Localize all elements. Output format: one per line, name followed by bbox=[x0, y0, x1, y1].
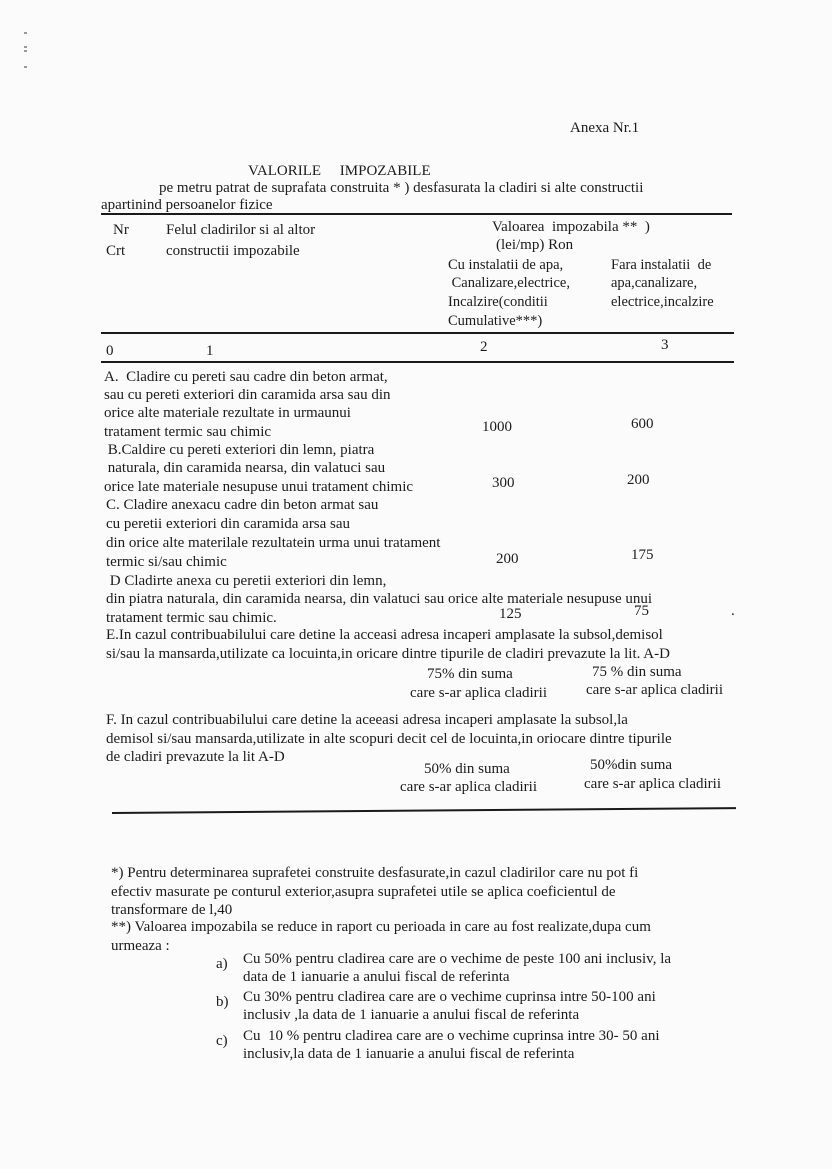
footnote-1-line: efectiv masurate pe conturul exterior,as… bbox=[111, 883, 616, 901]
header-crt: Crt bbox=[106, 242, 125, 260]
row-c-value-with-installations: 200 bbox=[496, 550, 519, 568]
column-number-0: 0 bbox=[106, 342, 114, 360]
row-b-line: B.Caldire cu pereti exteriori din lemn, … bbox=[104, 441, 374, 459]
document-subtitle-line1: pe metru patrat de suprafata construita … bbox=[159, 179, 643, 197]
row-f-value-without-installations: care s-ar aplica cladirii bbox=[584, 775, 721, 793]
row-e-value-without-installations: care s-ar aplica cladirii bbox=[586, 681, 723, 699]
row-d-line: D Cladirte anexa cu peretii exteriori di… bbox=[106, 572, 386, 590]
list-item-line: data de 1 ianuarie a anului fiscal de re… bbox=[243, 968, 510, 986]
document-subtitle-line2: apartinind persoanelor fizice bbox=[101, 196, 273, 214]
header-col2-line4: Cumulative***) bbox=[448, 312, 542, 330]
row-f-value-with-installations: 50% din suma bbox=[424, 760, 510, 778]
list-marker: b) bbox=[216, 993, 229, 1011]
document-title: VALORILE IMPOZABILE bbox=[248, 162, 431, 180]
row-f-line: de cladiri prevazute la lit A-D bbox=[106, 748, 285, 766]
column-numbers-bottom-rule bbox=[101, 361, 734, 363]
row-b-value-with-installations: 300 bbox=[492, 474, 515, 492]
footnote-2-line: urmeaza : bbox=[111, 937, 170, 955]
row-e-value-with-installations: 75% din suma bbox=[427, 665, 513, 683]
header-col3-line1: Fara instalatii de bbox=[611, 256, 711, 274]
header-nr: Nr bbox=[113, 221, 129, 239]
footnote-2-line: **) Valoarea impozabila se reduce in rap… bbox=[111, 918, 651, 936]
footnote-1-line: *) Pentru determinarea suprafetei constr… bbox=[111, 864, 638, 882]
row-d-value-with-installations: 125 bbox=[499, 605, 522, 623]
row-d-line: din piatra naturala, din caramida nearsa… bbox=[106, 590, 652, 608]
row-f-line: F. In cazul contribuabilului care detine… bbox=[106, 711, 628, 729]
list-item-line: Cu 10 % pentru cladirea care are o vechi… bbox=[243, 1027, 660, 1045]
column-number-3: 3 bbox=[661, 336, 669, 354]
row-a-line: A. Cladire cu pereti sau cadre din beton… bbox=[104, 368, 388, 386]
row-b-line: naturala, din caramida nearsa, din valat… bbox=[104, 459, 385, 477]
table-top-rule bbox=[101, 213, 732, 215]
row-a-line: sau cu pereti exteriori din caramida ars… bbox=[104, 386, 391, 404]
column-number-2: 2 bbox=[480, 338, 488, 356]
column-number-1: 1 bbox=[206, 342, 214, 360]
scan-artifacts bbox=[24, 28, 30, 88]
row-b-value-without-installations: 200 bbox=[627, 471, 650, 489]
header-col2-line3: Incalzire(conditii bbox=[448, 293, 548, 311]
header-value-line1: Valoarea impozabila ** ) bbox=[492, 218, 650, 236]
header-type-line2: constructii impozabile bbox=[166, 242, 300, 260]
header-col2-line2: Canalizare,electrice, bbox=[448, 274, 570, 292]
list-item-line: inclusiv ,la data de 1 ianuarie a anului… bbox=[243, 1006, 579, 1024]
header-type-line1: Felul cladirilor si al altor bbox=[166, 221, 315, 239]
list-marker: c) bbox=[216, 1032, 228, 1050]
stray-dot: . bbox=[731, 602, 735, 620]
header-col3-line3: electrice,incalzire bbox=[611, 293, 714, 311]
row-e-value-without-installations: 75 % din suma bbox=[592, 663, 682, 681]
list-item-line: Cu 30% pentru cladirea care are o vechim… bbox=[243, 988, 656, 1006]
annex-label: Anexa Nr.1 bbox=[570, 119, 639, 137]
row-c-line: termic si/sau chimic bbox=[106, 553, 227, 571]
table-bottom-rule bbox=[112, 807, 736, 813]
list-item-line: inclusiv,la data de 1 ianuarie a anului … bbox=[243, 1045, 574, 1063]
list-item-line: Cu 50% pentru cladirea care are o vechim… bbox=[243, 950, 671, 968]
row-a-value-with-installations: 1000 bbox=[482, 418, 512, 436]
footnote-1-line: transformare de l,40 bbox=[111, 901, 232, 919]
header-value-line2: (lei/mp) Ron bbox=[496, 236, 573, 254]
row-c-line: din orice alte materilale rezultatein ur… bbox=[106, 534, 440, 552]
row-e-line: E.In cazul contribuabilului care detine … bbox=[106, 626, 663, 644]
row-f-value-without-installations: 50%din suma bbox=[590, 756, 672, 774]
row-c-value-without-installations: 175 bbox=[631, 546, 654, 564]
header-bottom-rule bbox=[101, 332, 734, 334]
row-f-line: demisol si/sau mansarda,utilizate in alt… bbox=[106, 730, 672, 748]
row-c-line: cu peretii exteriori din caramida arsa s… bbox=[106, 515, 350, 533]
row-a-line: tratament termic sau chimic bbox=[104, 423, 271, 441]
row-d-line: tratament termic sau chimic. bbox=[106, 609, 277, 627]
row-e-line: si/sau la mansarda,utilizate ca locuinta… bbox=[106, 645, 670, 663]
header-col2-line1: Cu instalatii de apa, bbox=[448, 256, 563, 274]
row-a-value-without-installations: 600 bbox=[631, 415, 654, 433]
row-b-line: orice late materiale nesupuse unui trata… bbox=[104, 478, 413, 496]
row-f-value-with-installations: care s-ar aplica cladirii bbox=[400, 778, 537, 796]
row-e-value-with-installations: care s-ar aplica cladirii bbox=[410, 684, 547, 702]
row-d-value-without-installations: 75 bbox=[634, 602, 649, 620]
row-a-line: orice alte materiale rezultate in urmaun… bbox=[104, 404, 351, 422]
row-c-line: C. Cladire anexacu cadre din beton armat… bbox=[106, 496, 378, 514]
header-col3-line2: apa,canalizare, bbox=[611, 274, 697, 292]
list-marker: a) bbox=[216, 955, 228, 973]
